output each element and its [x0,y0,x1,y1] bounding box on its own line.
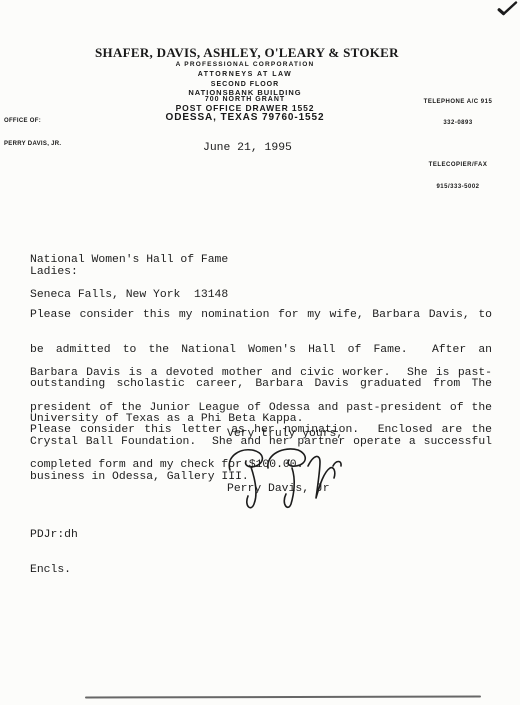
typist-initials: PDJr:dh [30,530,78,542]
office-of-label: OFFICE OF: [4,118,61,126]
fax-number: 915/333-5002 [408,184,508,191]
recipient-line: National Women's Hall of Fame [30,255,228,267]
paragraph-line: Barbara Davis is a devoted mother and ci… [30,368,492,380]
firm-name: SHAFER, DAVIS, ASHLEY, O'LEARY & STOKER [95,45,395,61]
fax-label: TELECOPIER/FAX [408,162,508,169]
letterhead-line: SECOND FLOOR [95,81,395,88]
paragraph-line: Please consider this my nomination for m… [30,310,492,322]
reference-block: PDJr:dh Encls. [30,507,78,599]
scan-edge-artifact [85,695,481,698]
closing-phrase: Very truly yours, [227,429,343,441]
scanned-letter-page: SHAFER, DAVIS, ASHLEY, O'LEARY & STOKER … [0,0,520,705]
telephone-number: 332-0893 [408,120,508,127]
letter-date: June 21, 1995 [203,143,292,155]
letterhead-line: ATTORNEYS AT LAW [95,71,395,78]
enclosures-note: Encls. [30,565,78,577]
telephone-label: TELEPHONE A/C 915 [408,99,508,106]
contact-block: TELEPHONE A/C 915 332-0893 TELECOPIER/FA… [408,84,508,206]
checkmark-icon [497,1,518,16]
salutation: Ladies: [30,267,78,279]
letterhead-line: ODESSA, TEXAS 79760-1552 [95,112,395,123]
spacer [408,142,508,148]
office-of-name: PERRY DAVIS, JR. [4,141,61,149]
office-of-block: OFFICE OF: PERRY DAVIS, JR. [4,103,61,163]
letterhead-line: 700 NORTH GRANT [95,96,395,103]
signature-icon [220,444,355,519]
typed-signer-name: Perry Davis, Jr [227,484,330,496]
letterhead-line: A PROFESSIONAL CORPORATION [95,61,395,68]
